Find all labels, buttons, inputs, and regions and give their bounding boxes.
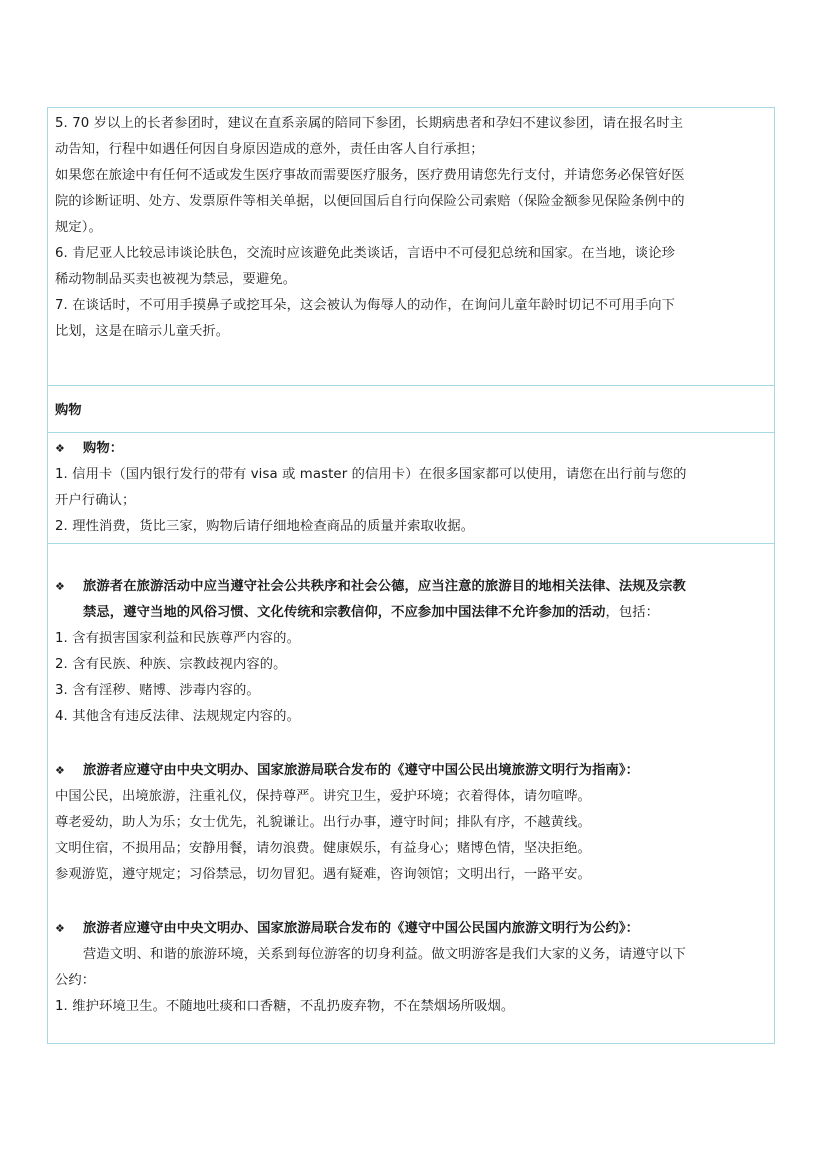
text-line: 文明住宿，不损用品；安静用餐，请勿浪费。健康娱乐，有益身心；赌博色情，坚决拒绝。 (55, 836, 767, 862)
bullet-title: ❖旅游者在旅游活动中应当遵守社会公共秩序和社会公德，应当注意的旅游目的地相关法律… (55, 574, 767, 600)
diamond-bullet-icon: ❖ (55, 574, 83, 600)
shopping-heading-cell: 购物 (48, 386, 774, 433)
list-item: 1. 含有损害国家利益和民族尊严内容的。 (55, 626, 767, 652)
text-line: 7. 在谈话时，不可用手摸鼻子或挖耳朵，这会被认为侮辱人的动作，在询问儿童年龄时… (55, 293, 767, 319)
text-line: 中国公民，出境旅游，注重礼仪，保持尊严。讲究卫生，爱护环境；衣着得体，请勿喧哗。 (55, 784, 767, 810)
list-item: 1. 维护环境卫生。不随地吐痰和口香糖，不乱扔废弃物，不在禁烟场所吸烟。 (55, 994, 767, 1020)
list-item: 3. 含有淫秽、赌博、涉毒内容的。 (55, 678, 767, 704)
text-line: 动告知，行程中如遇任何因自身原因造成的意外，责任由客人自行承担； (55, 137, 767, 163)
text-line: 稀动物制品买卖也被视为禁忌，要避免。 (55, 267, 767, 293)
content-table: 5. 70 岁以上的长者参团时，建议在直系亲属的陪同下参团，长期病患者和孕妇不建… (47, 107, 775, 1044)
text-line: 参观游览，遵守规定；习俗禁忌，切勿冒犯。遇有疑难，咨询领馆；文明出行，一路平安。 (55, 862, 767, 888)
health-notes-cell: 5. 70 岁以上的长者参团时，建议在直系亲属的陪同下参团，长期病患者和孕妇不建… (48, 108, 774, 386)
text-line: 规定）。 (55, 215, 767, 241)
text-line: 公约： (55, 968, 767, 994)
text-line: 1. 信用卡（国内银行发行的带有 visa 或 master 的信用卡）在很多国… (55, 462, 767, 488)
text-line: 5. 70 岁以上的长者参团时，建议在直系亲属的陪同下参团，长期病患者和孕妇不建… (55, 111, 767, 137)
bullet-title: ❖旅游者应遵守由中央文明办、国家旅游局联合发布的《遵守中国公民出境旅游文明行为指… (55, 758, 767, 784)
diamond-bullet-icon: ❖ (55, 916, 83, 942)
list-item: 2. 含有民族、种族、宗教歧视内容的。 (55, 652, 767, 678)
conduct-content-cell: ❖旅游者在旅游活动中应当遵守社会公共秩序和社会公德，应当注意的旅游目的地相关法律… (48, 544, 774, 1043)
text-line: 开户行确认； (55, 488, 767, 514)
list-item: 4. 其他含有违反法律、法规规定内容的。 (55, 704, 767, 730)
spacer (55, 730, 767, 758)
text-line: 如果您在旅途中有任何不适或发生医疗事故而需要医疗服务，医疗费用请您先行支付，并请… (55, 163, 767, 189)
text-line: 院的诊断证明、处方、发票原件等相关单据，以便回国后自行向保险公司索赔（保险金额参… (55, 189, 767, 215)
diamond-bullet-icon: ❖ (55, 436, 83, 462)
section-heading: 购物 (55, 398, 767, 424)
text-line: 比划，这是在暗示儿童夭折。 (55, 319, 767, 345)
spacer (55, 888, 767, 916)
text-line: 尊老爱幼，助人为乐；女士优先，礼貌谦让。出行办事，遵守时间；排队有序，不越黄线。 (55, 810, 767, 836)
text-line: 6. 肯尼亚人比较忌讳谈论肤色，交流时应该避免此类谈话，言语中不可侵犯总统和国家… (55, 241, 767, 267)
bullet-title-continuation: 禁忌，遵守当地的风俗习惯、文化传统和宗教信仰，不应参加中国法律不允许参加的活动，… (55, 600, 767, 626)
bullet-title: ❖购物： (55, 436, 767, 462)
text-line: 营造文明、和谐的旅游环境，关系到每位游客的切身利益。做文明游客是我们大家的义务，… (55, 942, 767, 968)
text-line: 2. 理性消费，货比三家，购物后请仔细地检查商品的质量并索取收据。 (55, 514, 767, 540)
diamond-bullet-icon: ❖ (55, 758, 83, 784)
shopping-content-cell: ❖购物： 1. 信用卡（国内银行发行的带有 visa 或 master 的信用卡… (48, 433, 774, 544)
bullet-title: ❖旅游者应遵守由中央文明办、国家旅游局联合发布的《遵守中国公民国内旅游文明行为公… (55, 916, 767, 942)
